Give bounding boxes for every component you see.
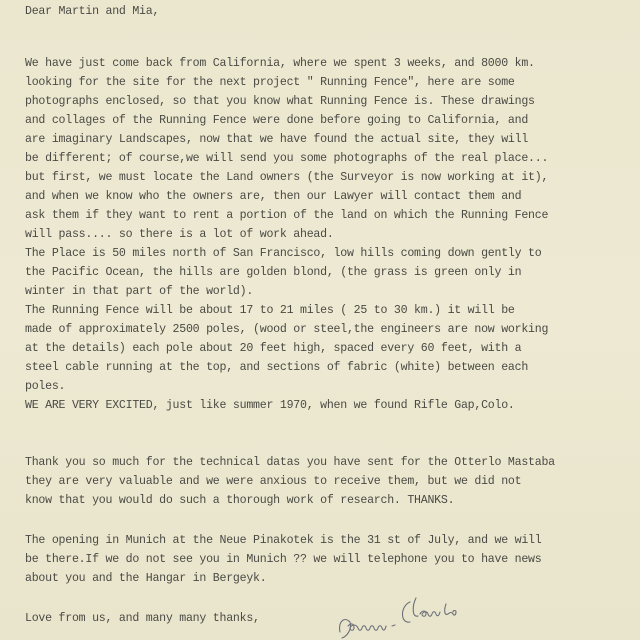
letter-page: Dear Martin and Mia, We have just come b… [0, 0, 640, 640]
text-line: steel cable running at the top, and sect… [25, 361, 528, 375]
text-line: The opening in Munich at the Neue Pinako… [25, 534, 541, 548]
text-line: poles. [25, 380, 65, 394]
text-line: We have just come back from California, … [25, 57, 535, 71]
text-line: looking for the site for the next projec… [25, 76, 515, 90]
text-line: made of approximately 2500 poles, (wood … [25, 323, 548, 337]
text-line: they are very valuable and we were anxio… [25, 475, 521, 489]
text-line: and collages of the Running Fence were d… [25, 114, 528, 128]
text-line: Thank you so much for the technical data… [25, 456, 555, 470]
text-line: ask them if they want to rent a portion … [25, 209, 548, 223]
text-line: winter in that part of the world). [25, 285, 253, 299]
text-line: about you and the Hangar in Bergeyk. [25, 572, 266, 586]
salutation: Dear Martin and Mia, [25, 5, 159, 19]
text-line: be there.If we do not see you in Munich … [25, 553, 541, 567]
text-line: know that you would do such a thorough w… [25, 494, 454, 508]
handwritten-signature [330, 592, 530, 640]
text-line: are imaginary Landscapes, now that we ha… [25, 133, 528, 147]
text-line: The Running Fence will be about 17 to 21… [25, 304, 515, 318]
text-line: will pass.... so there is a lot of work … [25, 228, 334, 242]
text-line: WE ARE VERY EXCITED, just like summer 19… [25, 399, 515, 413]
text-line: at the details) each pole about 20 feet … [25, 342, 521, 356]
text-line: the Pacific Ocean, the hills are golden … [25, 266, 521, 280]
text-line: but first, we must locate the Land owner… [25, 171, 548, 185]
closing: Love from us, and many many thanks, [25, 612, 260, 626]
text-line: be different; of course,we will send you… [25, 152, 548, 166]
text-line: and when we know who the owners are, the… [25, 190, 521, 204]
text-line: photographs enclosed, so that you know w… [25, 95, 535, 109]
text-line: The Place is 50 miles north of San Franc… [25, 247, 541, 261]
